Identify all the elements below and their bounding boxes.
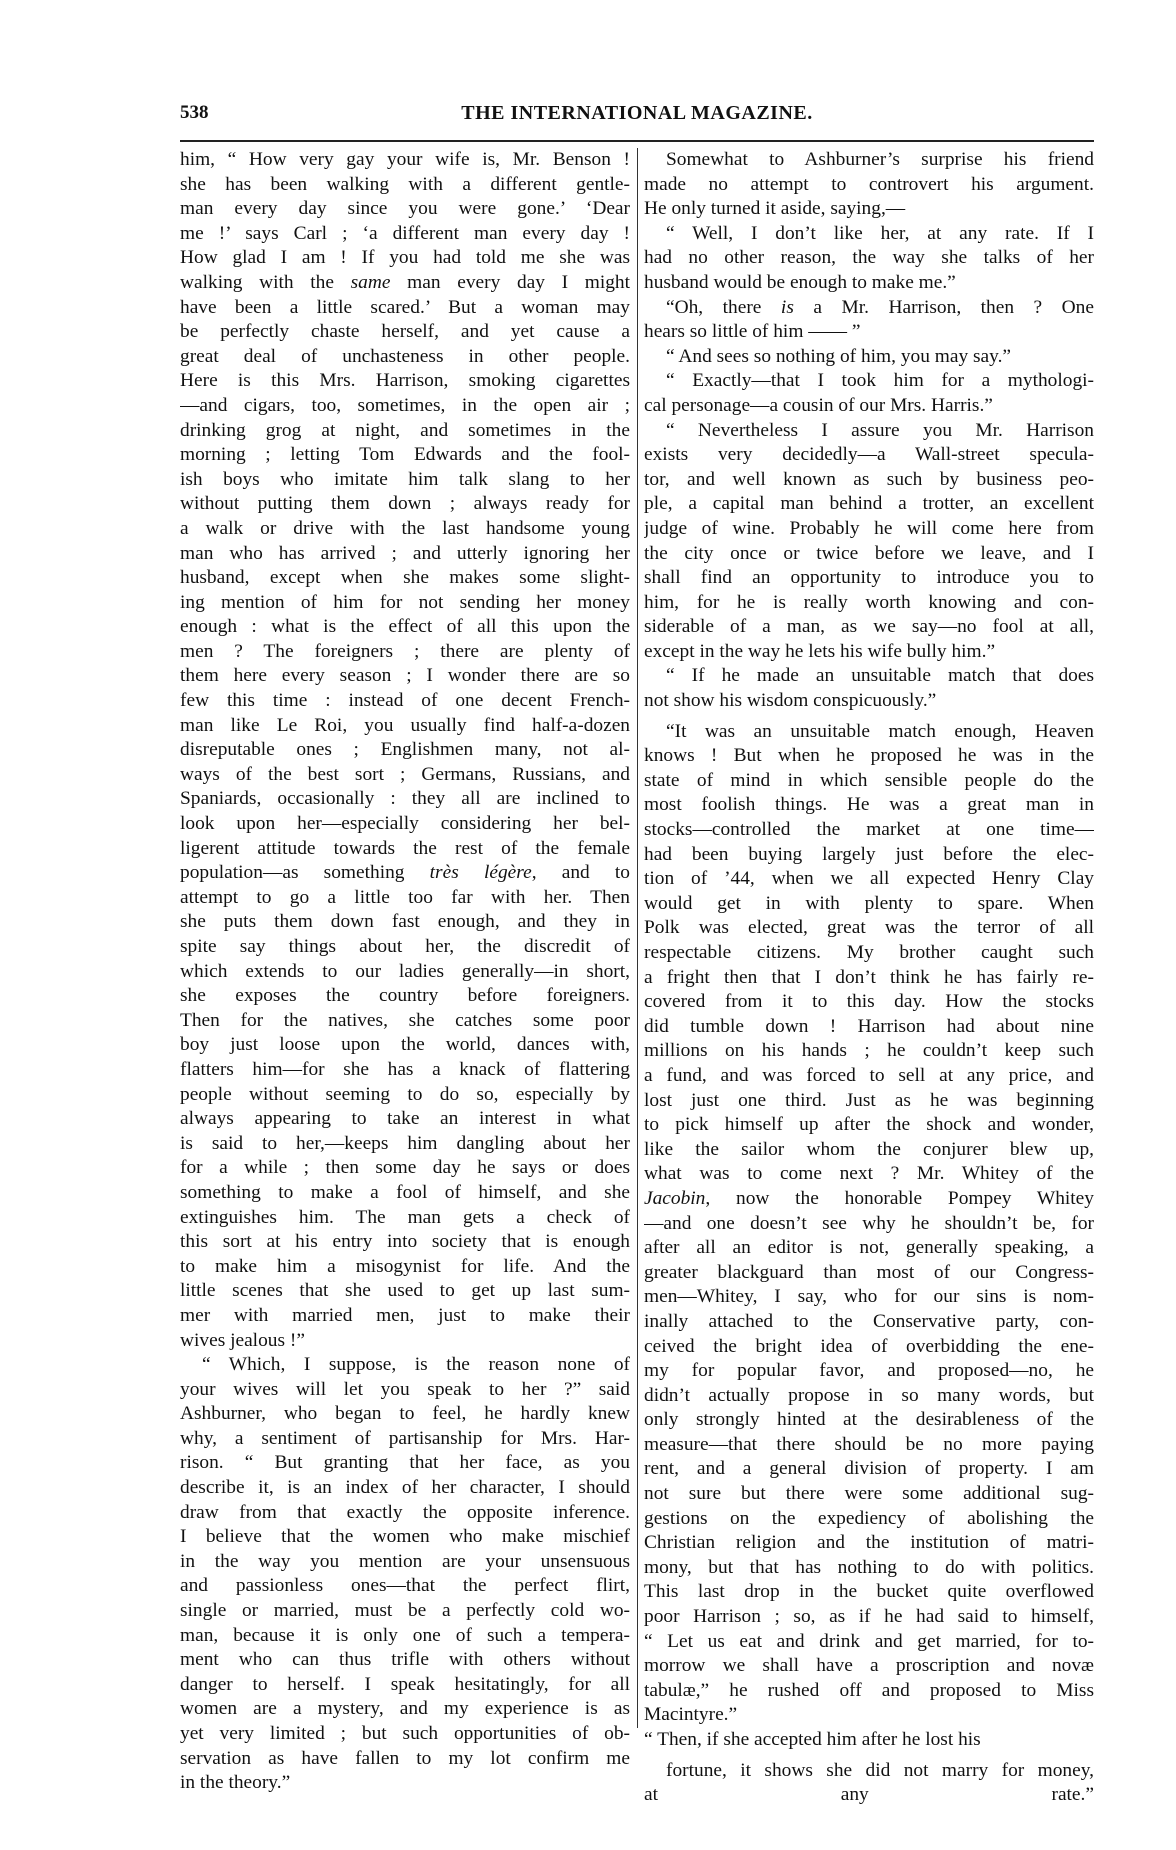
text-line: would get in with plenty to spare. When (644, 892, 1094, 917)
text-line: Then for the natives, she catches some p… (180, 1009, 630, 1034)
text-line: and passionless ones—that the perfect fl… (180, 1574, 630, 1599)
text-line: a walk or drive with the last handsome y… (180, 517, 630, 542)
text-line: measure—that there should be no more pay… (644, 1433, 1094, 1458)
text-line: to pick himself up after the shock and w… (644, 1113, 1094, 1138)
text-line: why, a sentiment of partisanship for Mrs… (180, 1427, 630, 1452)
text-line: attempt to go a little too far with her.… (180, 886, 630, 911)
text-line: morrow we shall have a proscription and … (644, 1654, 1094, 1679)
text-line: Ashburner, who began to feel, he hardly … (180, 1402, 630, 1427)
text-line: little scenes that she used to get up la… (180, 1279, 630, 1304)
text-line: women are a mystery, and my experience i… (180, 1697, 630, 1722)
text-line: “ Well, I don’t like her, at any rate. I… (644, 222, 1094, 247)
text-line: which extends to our ladies generally—in… (180, 960, 630, 985)
right-column: Somewhat to Ashburner’s surprise his fri… (644, 148, 1094, 1808)
text-line: at any rate.” (644, 1783, 1094, 1808)
text-line: man who has arrived ; and utterly ignori… (180, 542, 630, 567)
text-line: tor, and well known as such by business … (644, 468, 1094, 493)
text-line: “ Which, I suppose, is the reason none o… (180, 1353, 630, 1378)
text-line: ceived the bright idea of overbidding th… (644, 1335, 1094, 1360)
text-line: after all an editor is not, generally sp… (644, 1236, 1094, 1261)
text-line: lost just one third. Just as he was begi… (644, 1089, 1094, 1114)
text-line: Macintyre.” (644, 1703, 1094, 1728)
text-line: siderable of a man, as we say—no fool at… (644, 615, 1094, 640)
column-divider (637, 148, 638, 1728)
text-line: rison. “ But granting that her face, as … (180, 1451, 630, 1476)
italic-text: Jacobin (644, 1188, 705, 1209)
magazine-title: THE INTERNATIONAL MAGAZINE. (180, 102, 1094, 125)
text-line: shall find an opportunity to introduce y… (644, 566, 1094, 591)
text-line: tabulæ,” he rushed off and proposed to M… (644, 1679, 1094, 1704)
text-line: “ And sees so nothing of him, you may sa… (644, 345, 1094, 370)
text-line: them here every season ; I wonder there … (180, 664, 630, 689)
text-line: enough : what is the effect of all this … (180, 615, 630, 640)
italic-text: is (761, 297, 813, 318)
text-line: what was to come next ? Mr. Whitey of th… (644, 1162, 1094, 1187)
text-line: danger to herself. I speak hesitatingly,… (180, 1673, 630, 1698)
text-line: him, “ How very gay your wife is, Mr. Be… (180, 148, 630, 173)
text-line: single or married, must be a perfectly c… (180, 1599, 630, 1624)
text-line: millions on his hands ; he couldn’t keep… (644, 1039, 1094, 1064)
text-line: ways of the best sort ; Germans, Russian… (180, 763, 630, 788)
text-line: to make him a misogynist for life. And t… (180, 1255, 630, 1280)
text-line: describe it, is an index of her characte… (180, 1476, 630, 1501)
text-line: have been a little scared.’ But a woman … (180, 296, 630, 321)
text-line: draw from that exactly the opposite infe… (180, 1501, 630, 1526)
text-line: Jacobin, now the honorable Pompey Whitey (644, 1187, 1094, 1212)
text-line: had been buying largely just before the … (644, 843, 1094, 868)
text-line: morning ; letting Tom Edwards and the fo… (180, 443, 630, 468)
text-line: most foolish things. He was a great man … (644, 793, 1094, 818)
text-line: He only turned it aside, saying,— (644, 197, 1094, 222)
text-line: state of mind in which sensible people d… (644, 769, 1094, 794)
text-line: extinguishes him. The man gets a check o… (180, 1206, 630, 1231)
text-line: except in the way he lets his wife bully… (644, 640, 1094, 665)
text-line: mony, but that has nothing to do with po… (644, 1556, 1094, 1581)
text-line: “ Exactly—that I took him for a mytholog… (644, 369, 1094, 394)
text-line: spite say things about her, the discredi… (180, 935, 630, 960)
italic-text: très légère (430, 862, 532, 883)
text-line: only strongly hinted at the desirablenes… (644, 1408, 1094, 1433)
text-line: wives jealous !” (180, 1329, 630, 1354)
text-line: ligerent attitude towards the rest of th… (180, 837, 630, 862)
text-line: stocks—controlled the market at one time… (644, 818, 1094, 843)
text-line: covered from it to this day. How the sto… (644, 990, 1094, 1015)
text-line: my for popular favor, and proposed—no, h… (644, 1359, 1094, 1384)
text-line: boy just loose upon the world, dances wi… (180, 1033, 630, 1058)
text-line: men ? The foreigners ; there are plenty … (180, 640, 630, 665)
text-line: without putting them down ; always ready… (180, 492, 630, 517)
text-line: ing mention of him for not sending her m… (180, 591, 630, 616)
text-line: she puts them down fast enough, and they… (180, 910, 630, 935)
text-line: tion of ’44, when we all expected Henry … (644, 867, 1094, 892)
text-line: husband would be enough to make me.” (644, 271, 1094, 296)
text-line: look upon her—especially considering her… (180, 812, 630, 837)
italic-text: same (351, 272, 391, 293)
text-line: fortune, it shows she did not marry for … (644, 1759, 1094, 1784)
text-line: this sort at his entry into society that… (180, 1230, 630, 1255)
text-line: gestions on the expediency of abolishing… (644, 1507, 1094, 1532)
text-line: not sure but there were some additional … (644, 1482, 1094, 1507)
text-line: husband, except when she makes some slig… (180, 566, 630, 591)
text-line: servation as have fallen to my lot confi… (180, 1747, 630, 1772)
text-line: not show his wisdom conspicuously.” (644, 689, 1094, 714)
text-line: me !’ says Carl ; ‘a different man every… (180, 222, 630, 247)
text-line: people without seeming to do so, especia… (180, 1083, 630, 1108)
text-line: drinking grog at night, and sometimes in… (180, 419, 630, 444)
text-line: Here is this Mrs. Harrison, smoking ciga… (180, 369, 630, 394)
text-line: “ Nevertheless I assure you Mr. Harrison (644, 419, 1094, 444)
text-line: for a while ; then some day he says or d… (180, 1156, 630, 1181)
header-rule (180, 140, 1094, 142)
text-line: “ Let us eat and drink and get married, … (644, 1630, 1094, 1655)
text-line: the city once or twice before we leave, … (644, 542, 1094, 567)
text-line: something to make a fool of himself, and… (180, 1181, 630, 1206)
text-line: cal personage—a cousin of our Mrs. Harri… (644, 394, 1094, 419)
text-line: Christian religion and the institution o… (644, 1531, 1094, 1556)
left-column: him, “ How very gay your wife is, Mr. Be… (180, 148, 630, 1796)
text-line: walking with the same man every day I mi… (180, 271, 630, 296)
text-line: didn’t actually propose in so many words… (644, 1384, 1094, 1409)
text-line: few this time : instead of one decent Fr… (180, 689, 630, 714)
text-line: This last drop in the bucket quite overf… (644, 1580, 1094, 1605)
text-line: —and cigars, too, sometimes, in the open… (180, 394, 630, 419)
text-line: made no attempt to controvert his argume… (644, 173, 1094, 198)
text-line: men—Whitey, I say, who for our sins is n… (644, 1285, 1094, 1310)
text-line: is said to her,—keeps him dangling about… (180, 1132, 630, 1157)
text-line: like the sailor whom the conjurer blew u… (644, 1138, 1094, 1163)
text-line: “It was an unsuitable match enough, Heav… (644, 720, 1094, 745)
text-line: “ Then, if she accepted him after he los… (644, 1728, 1094, 1753)
text-line: always appearing to take an interest in … (180, 1107, 630, 1132)
text-line: be perfectly chaste herself, and yet cau… (180, 320, 630, 345)
text-line: a fright then that I don’t think he has … (644, 966, 1094, 991)
text-line: she has been walking with a different ge… (180, 173, 630, 198)
text-line: rent, and a general division of property… (644, 1457, 1094, 1482)
text-line: great deal of unchasteness in other peop… (180, 345, 630, 370)
text-line: man like Le Roi, you usually find half-a… (180, 714, 630, 739)
text-line: man, because it is only one of such a te… (180, 1624, 630, 1649)
text-line: hears so little of him —— ” (644, 320, 1094, 345)
text-line: a fund, and was forced to sell at any pr… (644, 1064, 1094, 1089)
magazine-page: 538 THE INTERNATIONAL MAGAZINE. him, “ H… (180, 96, 1094, 138)
text-line: “Oh, there is a Mr. Harrison, then ? One (644, 296, 1094, 321)
text-line: inally attached to the Conservative part… (644, 1310, 1094, 1335)
text-line: How glad I am ! If you had told me she w… (180, 246, 630, 271)
text-line: man every day since you were gone.’ ‘Dea… (180, 197, 630, 222)
text-line: Somewhat to Ashburner’s surprise his fri… (644, 148, 1094, 173)
text-line: knows ! But when he proposed he was in t… (644, 744, 1094, 769)
text-line: in the theory.” (180, 1771, 630, 1796)
text-line: judge of wine. Probably he will come her… (644, 517, 1094, 542)
text-line: ple, a capital man behind a trotter, an … (644, 492, 1094, 517)
text-line: poor Harrison ; so, as if he had said to… (644, 1605, 1094, 1630)
running-head: 538 THE INTERNATIONAL MAGAZINE. (180, 96, 1094, 138)
text-line: “ If he made an unsuitable match that do… (644, 664, 1094, 689)
text-line: I believe that the women who make mischi… (180, 1525, 630, 1550)
text-line: him, for he is really worth knowing and … (644, 591, 1094, 616)
text-line: ish boys who imitate him talk slang to h… (180, 468, 630, 493)
text-line: had no other reason, the way she talks o… (644, 246, 1094, 271)
text-line: disreputable ones ; Englishmen many, not… (180, 738, 630, 763)
text-line: she exposes the country before foreigner… (180, 984, 630, 1009)
text-line: respectable citizens. My brother caught … (644, 941, 1094, 966)
text-line: flatters him—for she has a knack of flat… (180, 1058, 630, 1083)
text-line: Polk was elected, great was the terror o… (644, 916, 1094, 941)
text-line: your wives will let you speak to her ?” … (180, 1378, 630, 1403)
text-line: exists very decidedly—a Wall-street spec… (644, 443, 1094, 468)
text-line: greater blackguard than most of our Cong… (644, 1261, 1094, 1286)
text-line: Spaniards, occasionally : they all are i… (180, 787, 630, 812)
text-line: in the way you mention are your unsensuo… (180, 1550, 630, 1575)
text-line: mer with married men, just to make their (180, 1304, 630, 1329)
text-line: did tumble down ! Harrison had about nin… (644, 1015, 1094, 1040)
text-line: ment who can thus trifle with others wit… (180, 1648, 630, 1673)
text-line: population—as something très légère, and… (180, 861, 630, 886)
text-line: —and one doesn’t see why he shouldn’t be… (644, 1212, 1094, 1237)
text-line: yet very limited ; but such opportunitie… (180, 1722, 630, 1747)
